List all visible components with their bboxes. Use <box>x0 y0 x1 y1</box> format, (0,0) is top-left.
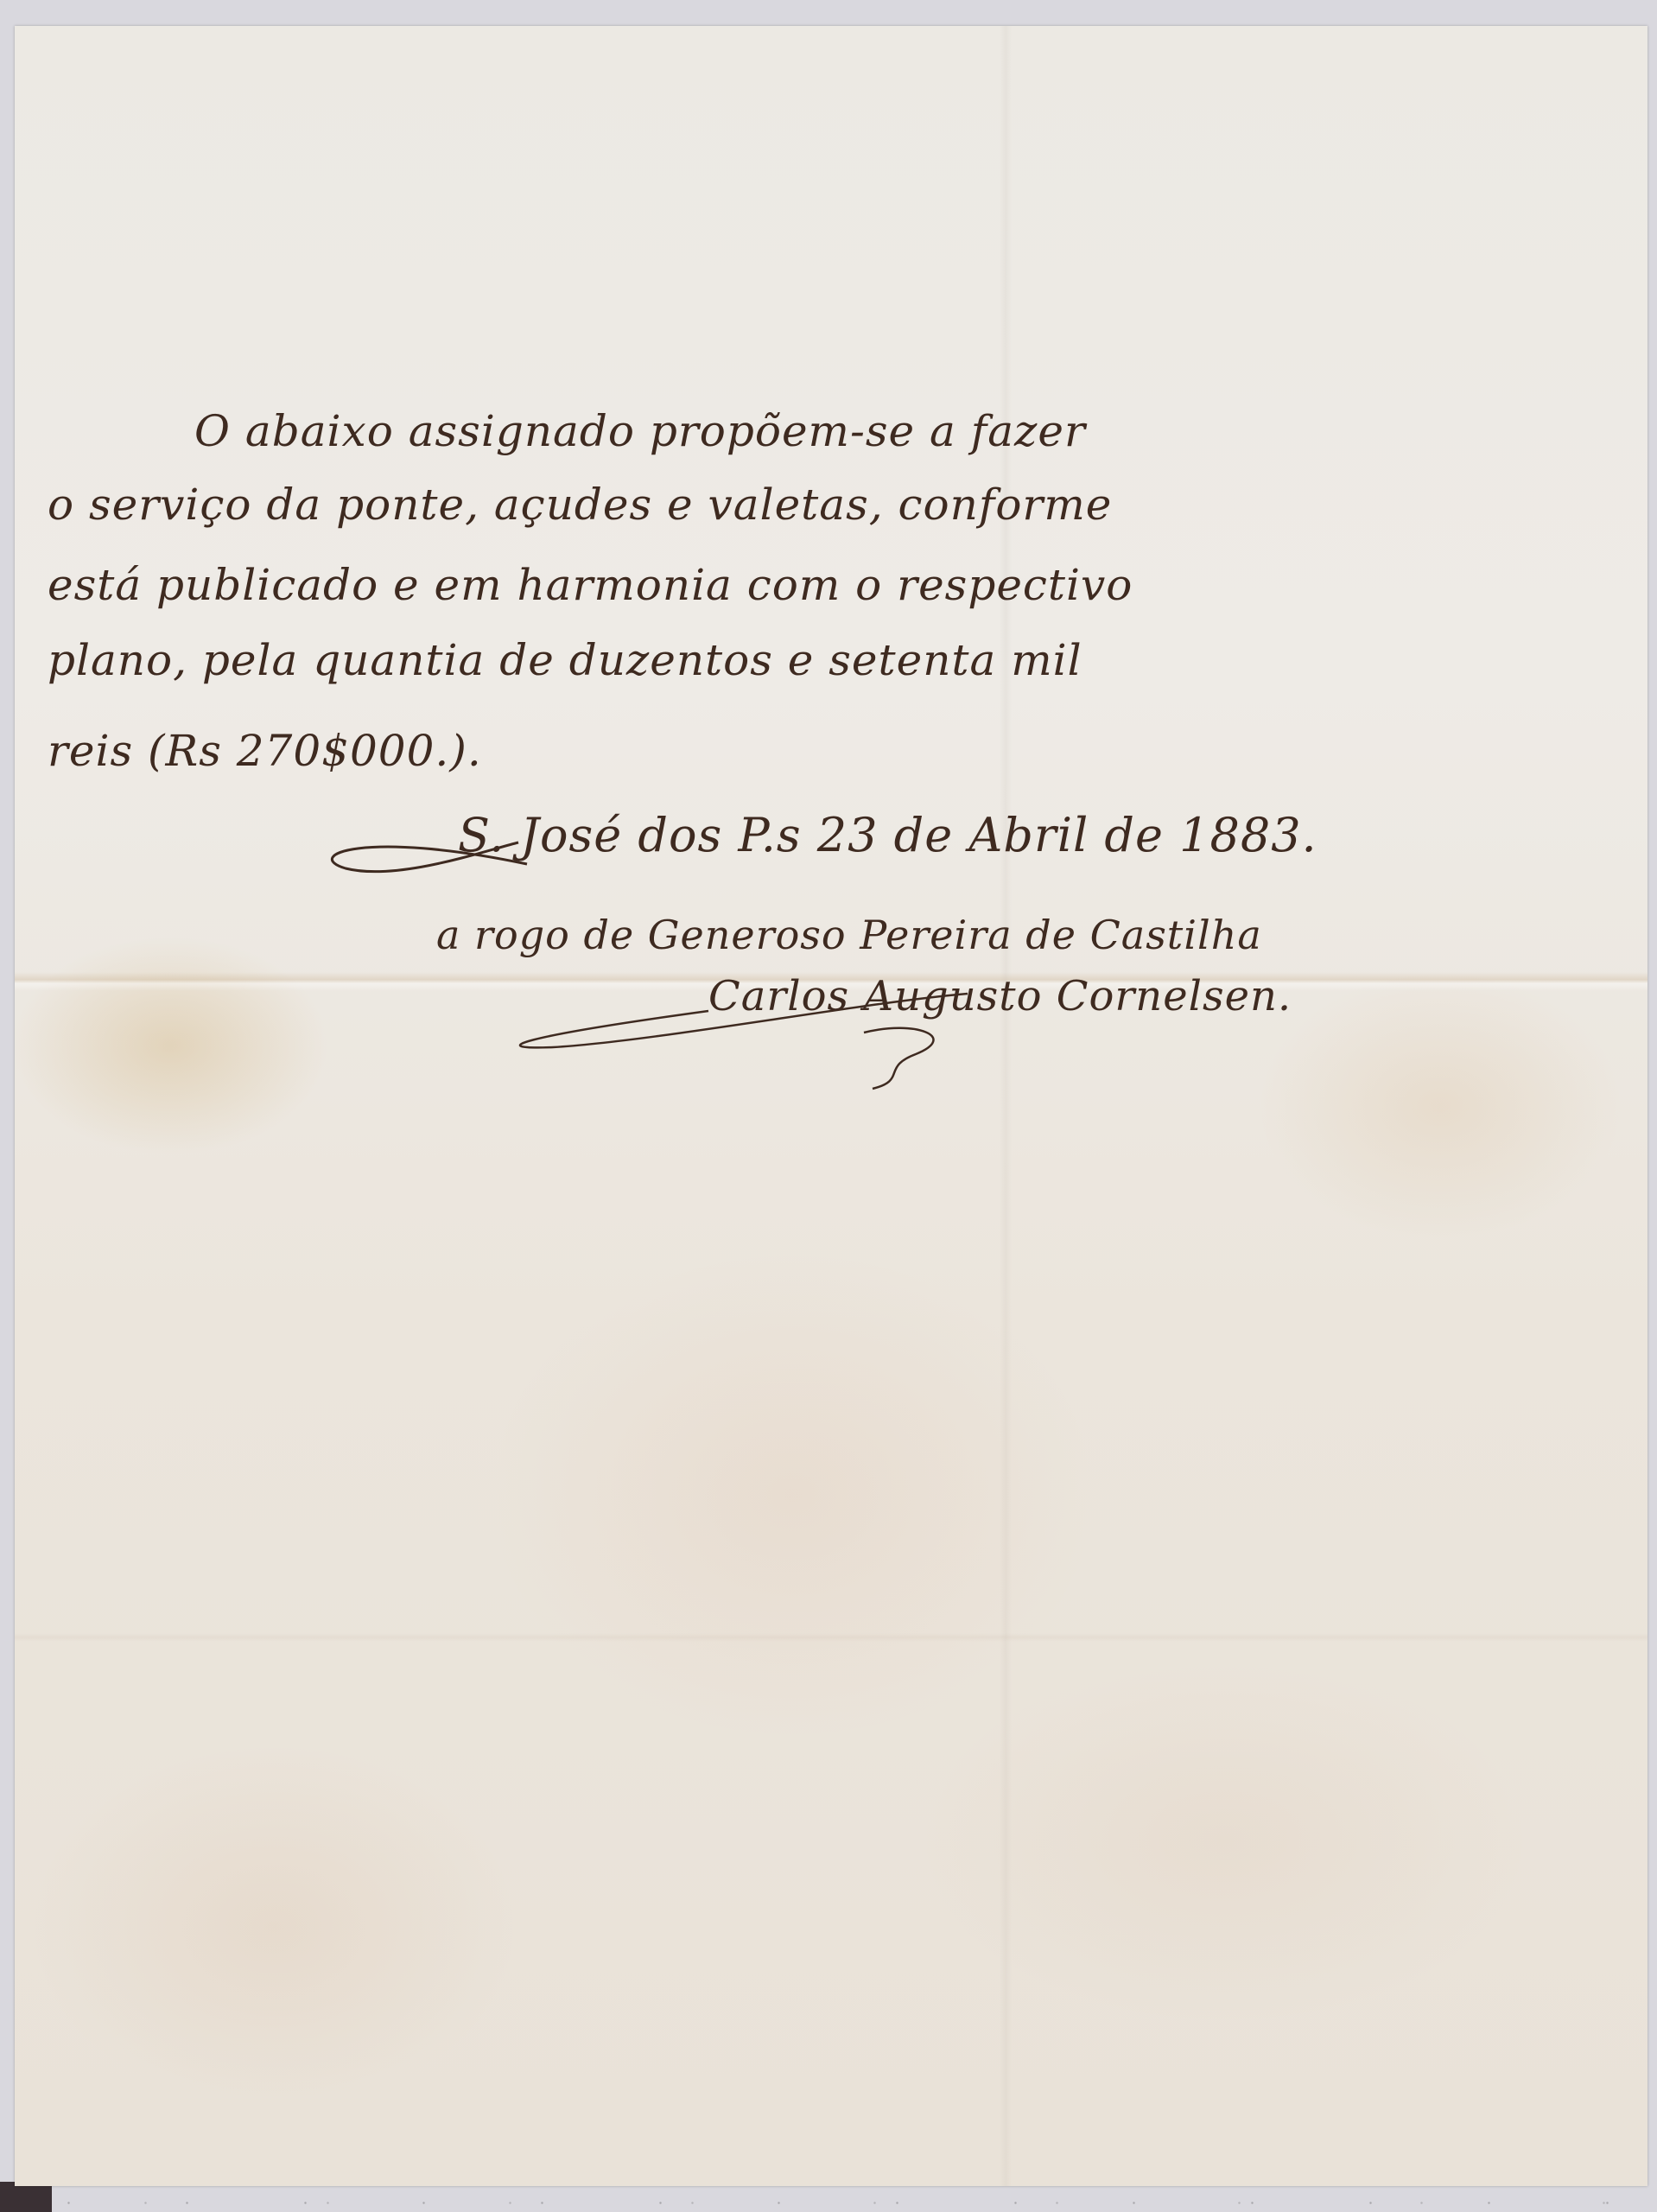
body-line-2: o serviço da ponte, açudes e valetas, co… <box>48 480 1112 530</box>
date-place-line: S. José dos P.s 23 de Abril de 1883. <box>458 808 1317 862</box>
body-line-5: reis (Rs 270$000.). <box>48 726 482 776</box>
body-line-3: está publicado e em harmonia com o respe… <box>48 560 1133 610</box>
on-behalf-line: a rogo de Generoso Pereira de Castilha <box>436 912 1262 958</box>
paper-sheet <box>15 26 1647 2186</box>
lower-fold-crease <box>15 1633 1647 1642</box>
signature: Carlos Augusto Cornelsen. <box>708 972 1292 1020</box>
dark-corner-object <box>0 2182 52 2212</box>
body-line-4: plano, pela quantia de duzentos e setent… <box>48 635 1082 685</box>
vertical-fold-crease <box>1000 26 1012 2186</box>
body-line-1: O abaixo assignado propõem-se a fazer <box>194 406 1086 456</box>
